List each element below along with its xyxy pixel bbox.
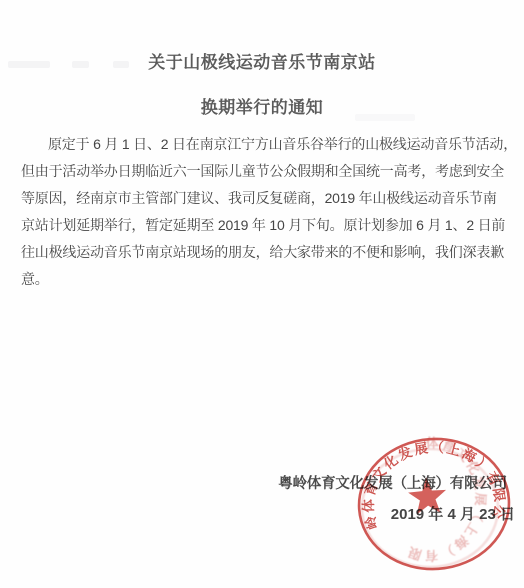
body-line: 往山极线运动音乐节南京站现场的朋友，给大家带来的不便和影响，我们深表歉	[21, 239, 509, 266]
signature-date: 2019 年 4 月 23 日	[391, 503, 515, 524]
body-line: 等原因，经南京市主管部门建议、我司反复磋商，2019 年山极线运动音乐节南	[21, 185, 509, 212]
body-line: 但由于活动举办日期临近六一国际儿童节公众假期和全国统一高考，考虑到安全	[21, 158, 509, 185]
notice-title-line1: 关于山极线运动音乐节南京站	[0, 48, 524, 73]
notice-document-page: 关于山极线运动音乐节南京站 换期举行的通知 原定于 6 月 1 日、2 日在南京…	[0, 0, 524, 588]
body-line: 意。	[21, 266, 509, 293]
body-line: 京站计划延期举行，暂定延期至 2019 年 10 月下旬。原计划参加 6 月 1…	[21, 212, 509, 239]
body-line: 原定于 6 月 1 日、2 日在南京江宁方山音乐谷举行的山极线运动音乐节活动，	[21, 131, 509, 158]
notice-body: 原定于 6 月 1 日、2 日在南京江宁方山音乐谷举行的山极线运动音乐节活动， …	[21, 131, 509, 293]
signature-company-name: 粤岭体育文化发展（上海）有限公司	[278, 472, 507, 493]
notice-title-line2: 换期举行的通知	[0, 93, 524, 118]
